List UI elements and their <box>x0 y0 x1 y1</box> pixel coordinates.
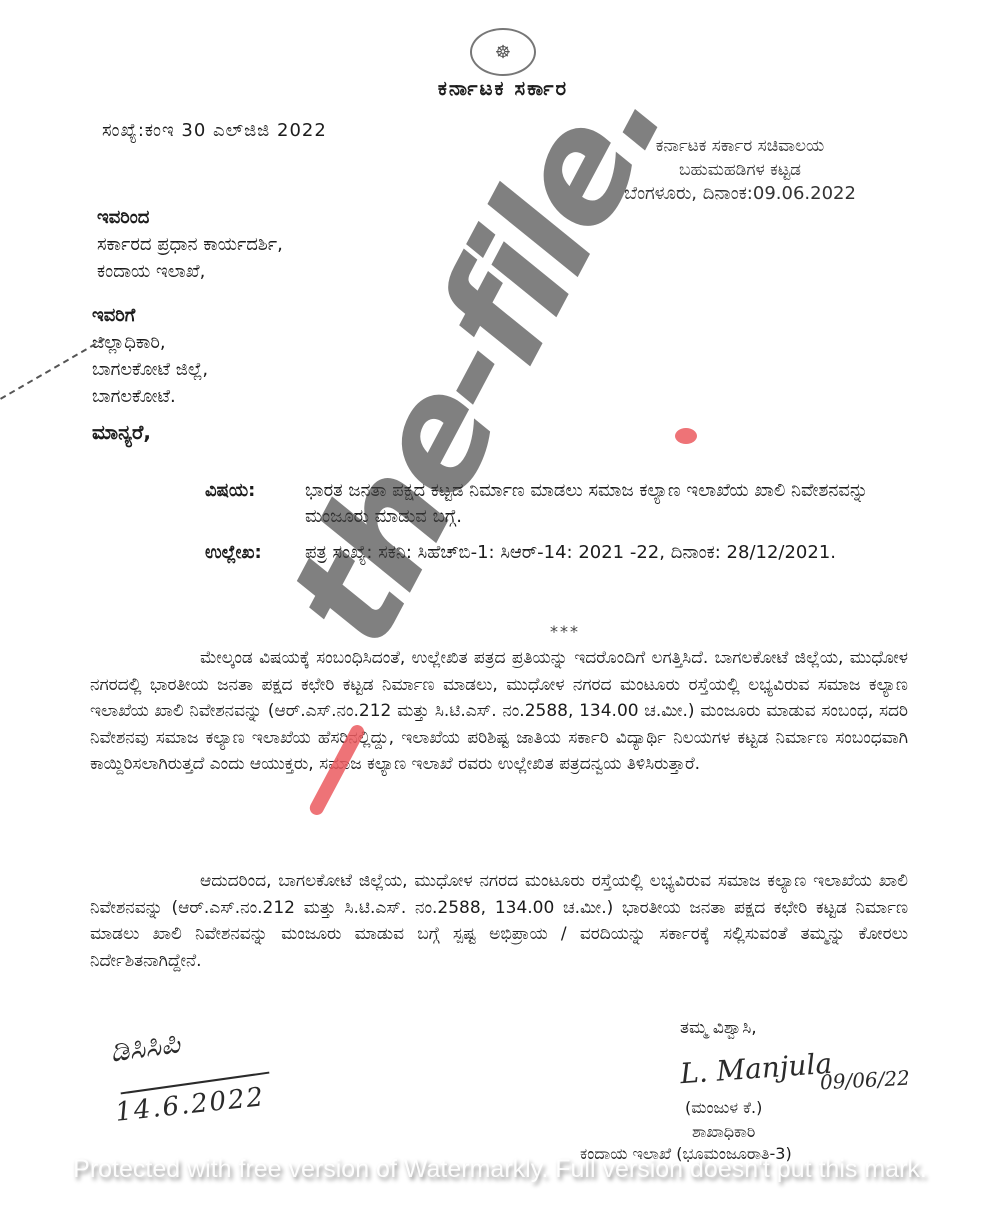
office-address: ಕರ್ನಾಟಕ ಸರ್ಕಾರ ಸಚಿವಾಲಯ ಬಹುಮಹಡಿಗಳ ಕಟ್ಟಡ ಬ… <box>585 134 895 206</box>
state-emblem-icon: ☸ <box>470 28 536 76</box>
body-paragraph-2: ಆದುದರಿಂದ, ಬಾಗಲಕೋಟೆ ಜಿಲ್ಲೆಯ, ಮುಧೋಳ ನಗರದ ಮ… <box>90 868 908 974</box>
from-line-2: ಕಂದಾಯ ಇಲಾಖೆ, <box>97 258 283 285</box>
subject-text: ಭಾರತ ಜನತಾ ಪಕ್ಷದ ಕಟ್ಟಡ ನಿರ್ಮಾಣ ಮಾಡಲು ಸಮಾಜ… <box>305 478 905 530</box>
signatory-name: (ಮಂಜುಳ ಕೆ.) <box>685 1098 762 1118</box>
separator: *** <box>550 622 580 641</box>
closing: ತಮ್ಮ ವಿಶ್ವಾಸಿ, <box>680 1018 757 1038</box>
to-line-3: ಬಾಗಲಕೋಟೆ. <box>92 383 208 410</box>
to-line-1: ಜಿಲ್ಲಾಧಿಕಾರಿ, <box>92 329 208 356</box>
reference-row: ಉಲ್ಲೇಖ: ಪತ್ರ ಸಂಖ್ಯೆ: ಸಕನಿ: ಸಿಹೆಚ್‌ಬಿ-1: … <box>205 540 905 566</box>
from-label: ಇವರಿಂದ <box>97 204 283 231</box>
footer-watermark: Protected with free version of Watermark… <box>0 1155 1000 1184</box>
subject-label: ವಿಷಯ: <box>205 478 305 530</box>
office-date-line: ಬೆಂಗಳೂರು, ದಿನಾಂಕ:09.06.2022 <box>585 182 895 206</box>
subject-row: ವಿಷಯ: ಭಾರತ ಜನತಾ ಪಕ್ಷದ ಕಟ್ಟಡ ನಿರ್ಮಾಣ ಮಾಡಲ… <box>205 478 905 530</box>
watermark-accent-dot <box>675 428 697 444</box>
government-title: ಕರ್ನಾಟಕ ಸರ್ಕಾರ <box>388 76 618 100</box>
receipt-initials: ಡಿಸಿಸಿಪಿ <box>108 1025 182 1069</box>
from-block: ಇವರಿಂದ ಸರ್ಕಾರದ ಪ್ರಧಾನ ಕಾರ್ಯದರ್ಶಿ, ಕಂದಾಯ … <box>97 204 283 285</box>
reference-text: ಪತ್ರ ಸಂಖ್ಯೆ: ಸಕನಿ: ಸಿಹೆಚ್‌ಬಿ-1: ಸಿಆರ್-14… <box>305 540 836 566</box>
from-line-1: ಸರ್ಕಾರದ ಪ್ರಧಾನ ಕಾರ್ಯದರ್ಶಿ, <box>97 231 283 258</box>
to-block: ಇವರಿಗೆ ಜಿಲ್ಲಾಧಿಕಾರಿ, ಬಾಗಲಕೋಟೆ ಜಿಲ್ಲೆ, ಬಾ… <box>92 302 208 410</box>
reference-number: ಸಂಖ್ಯೆ:ಕಂಇ 30 ಎಲ್‌ಜಿಜಿ 2022 <box>102 120 327 141</box>
signature-date: 09/06/22 <box>819 1066 910 1095</box>
to-label: ಇವರಿಗೆ <box>92 302 208 329</box>
office-line-1: ಕರ್ನಾಟಕ ಸರ್ಕಾರ ಸಚಿವಾಲಯ <box>585 134 895 158</box>
pen-mark <box>0 338 105 400</box>
signatory-designation: ಶಾಖಾಧಿಕಾರಿ <box>692 1122 755 1142</box>
office-line-2: ಬಹುಮಹಡಿಗಳ ಕಟ್ಟಡ <box>585 158 895 182</box>
body-paragraph-1: ಮೇಲ್ಕಂಡ ವಿಷಯಕ್ಕೆ ಸಂಬಂಧಿಸಿದಂತೆ, ಉಲ್ಲೇಖಿತ … <box>90 645 908 778</box>
to-line-2: ಬಾಗಲಕೋಟೆ ಜಿಲ್ಲೆ, <box>92 356 208 383</box>
handwritten-signature: L. Manjula <box>679 1047 833 1091</box>
reference-label: ಉಲ್ಲೇಖ: <box>205 540 305 566</box>
salutation: ಮಾನ್ಯರೆ, <box>92 420 151 444</box>
